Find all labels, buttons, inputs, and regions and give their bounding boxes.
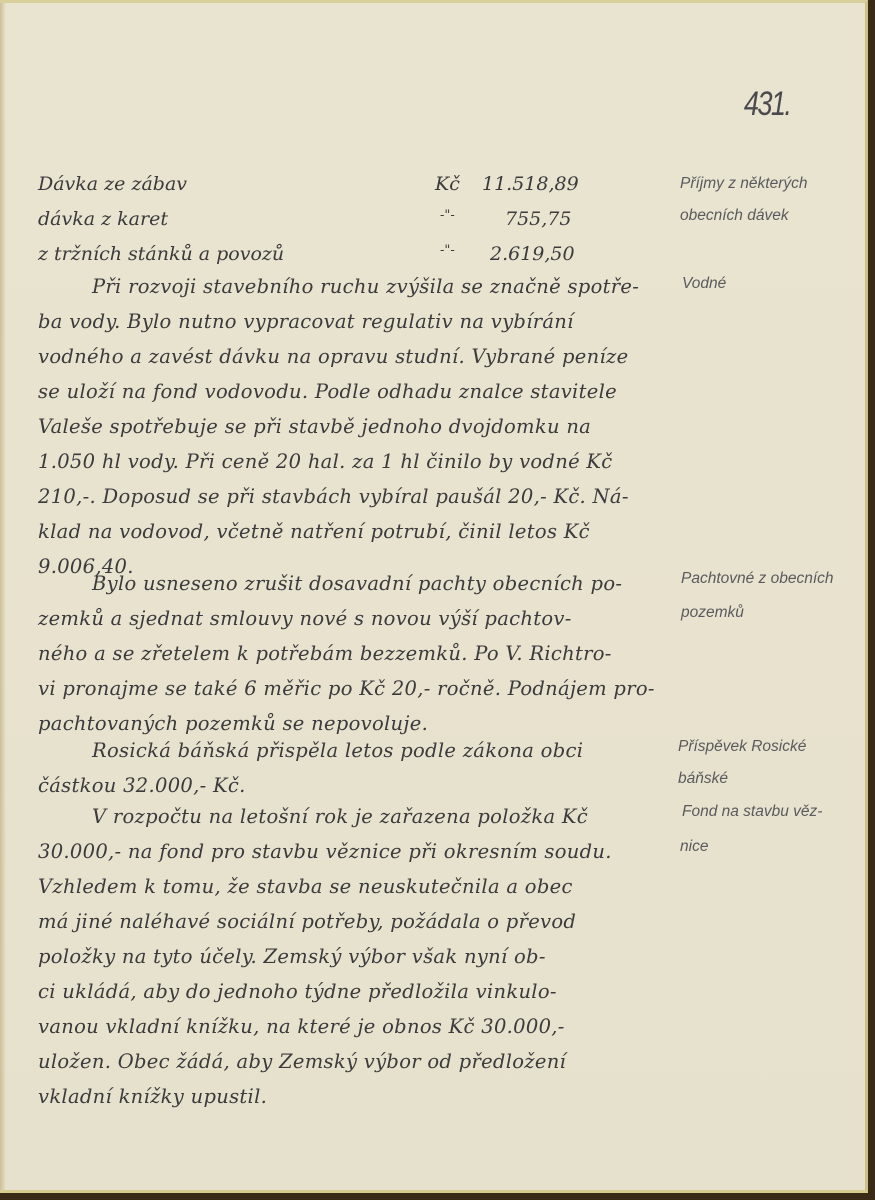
text-line: vodného a zavést dávku na opravu studní.… [38,345,628,368]
margin-note-lease: Pachtovné z obecních [681,570,834,588]
text-line: vi pronajme se také 6 měřic po Kč 20,- r… [38,677,655,700]
margin-note-prison-fund: Fond na stavbu věz- [682,803,822,821]
margin-note-mining: báňské [678,770,728,788]
text-line: Při rozvoji stavebního ruchu zvýšila se … [92,275,639,298]
margin-note-fees: obecních dávek [680,207,789,225]
manuscript-page: 431. Dávka ze zábav Kč 11.518,89 dávka z… [0,0,868,1193]
fee-currency: Kč [435,173,460,195]
text-line: 30.000,- na fond pro stavbu věznice při … [38,840,612,863]
fee-name: Dávka ze zábav [38,173,187,195]
text-line: ci ukládá, aby do jednoho týdne předloži… [38,980,557,1003]
text-line: částkou 32.000,- Kč. [38,774,246,797]
text-line: Bylo usneseno zrušit dosavadní pachty ob… [92,572,622,595]
fee-currency: -"- [440,208,455,223]
margin-note-prison-fund: nice [680,838,708,856]
margin-note-lease: pozemků [681,604,744,622]
fee-name: dávka z karet [38,208,168,230]
text-line: Valeše spotřebuje se při stavbě jednoho … [38,415,591,438]
text-line: Rosická báňská přispěla letos podle záko… [92,739,583,762]
fee-amount: 2.619,50 [490,243,575,265]
text-line: položky na tyto účely. Zemský výbor však… [38,945,546,968]
text-line: vkladní knížky upustil. [38,1085,267,1108]
text-line: pachtovaných pozemků se nepovoluje. [38,712,428,735]
text-line: V rozpočtu na letošní rok je zařazena po… [92,805,588,828]
text-line: zemků a sjednat smlouvy nové s novou výš… [38,607,572,630]
text-line: ného a se zřetelem k potřebám bezzemků. … [38,642,612,665]
page-number: 431. [744,85,791,124]
margin-note-mining: Příspěvek Rosické [678,738,806,756]
fee-amount: 11.518,89 [482,173,579,195]
text-line: má jiné naléhavé sociální potřeby, požád… [38,910,576,933]
text-line: se uloží na fond vodovodu. Podle odhadu … [38,380,617,403]
text-line: ba vody. Bylo nutno vypracovat regulativ… [38,310,574,333]
text-line: klad na vodovod, včetně natření potrubí,… [38,520,590,543]
text-line: Vzhledem k tomu, že stavba se neuskutečn… [38,875,573,898]
text-line: 1.050 hl vody. Při ceně 20 hal. za 1 hl … [38,450,613,473]
fee-name: z tržních stánků a povozů [38,243,284,265]
text-line: uložen. Obec žádá, aby Zemský výbor od p… [38,1050,566,1073]
fee-currency: -"- [440,243,455,258]
text-line: 210,-. Doposud se při stavbách vybíral p… [38,485,629,508]
fee-amount: 755,75 [505,208,571,230]
margin-note-fees: Příjmy z některých [680,175,807,193]
margin-note-water: Vodné [682,275,726,293]
text-line: vanou vkladní knížku, na které je obnos … [38,1015,565,1038]
